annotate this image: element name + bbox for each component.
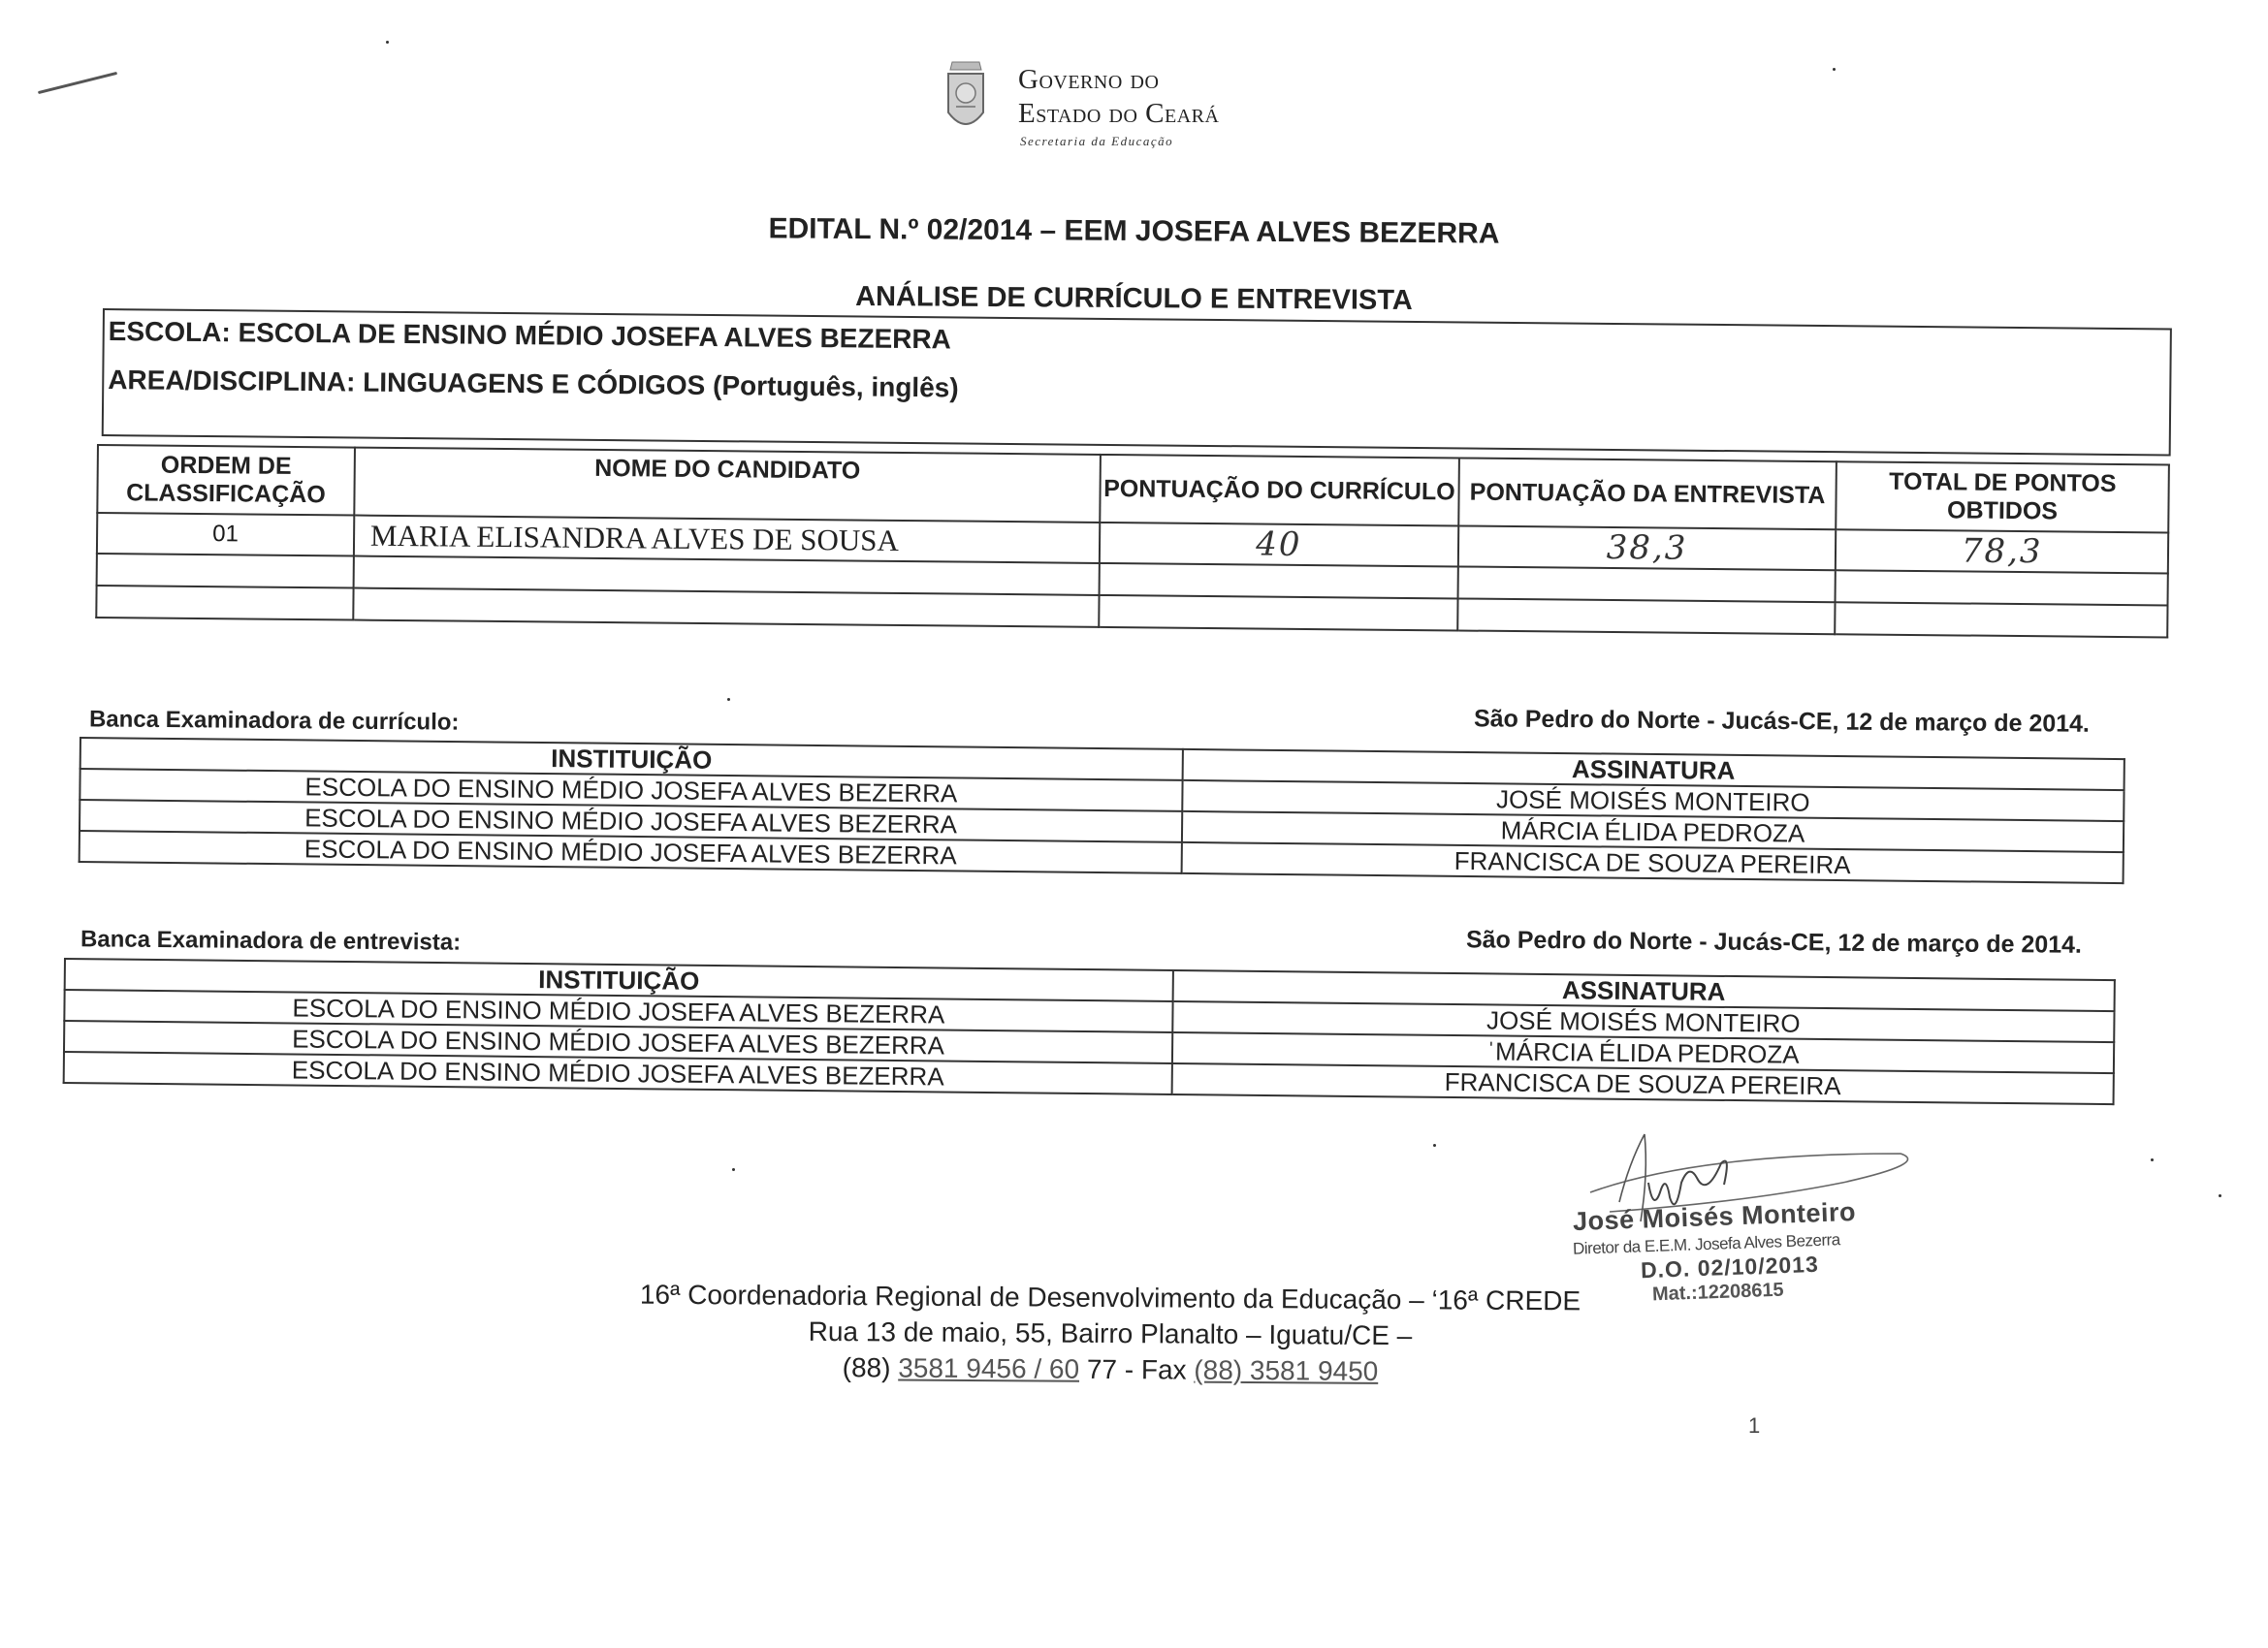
banca-curriculo-label: Banca Examinadora de currículo:	[89, 706, 460, 736]
ordem-cell	[96, 586, 353, 620]
total-score-cell	[1836, 570, 2168, 605]
ordem-cell	[97, 554, 354, 588]
scan-speck	[1433, 1144, 1436, 1147]
candidate-name-cell	[353, 588, 1099, 627]
banca-curriculo-date: São Pedro do Norte - Jucás-CE, 12 de mar…	[1474, 705, 2090, 739]
curriculo-score-cell	[1099, 595, 1457, 631]
scan-speck	[2219, 1194, 2221, 1197]
ordem-cell: 01	[97, 513, 354, 556]
header-nome: NOME DO CANDIDATO	[354, 448, 1101, 523]
stamp-do: D.O. 02/10/2013	[1641, 1252, 1820, 1284]
secretariat-name: Secretaria da Educação	[1020, 134, 1173, 149]
government-name-line1: Governo do	[1018, 64, 1159, 96]
director-stamp: José Moisés Monteiro Diretor da E.E.M. J…	[1551, 1125, 1920, 1309]
discipline-area: AREA/DISCIPLINA: LINGUAGENS E CÓDIGOS (P…	[108, 364, 959, 403]
school-info-box: ESCOLA: ESCOLA DE ENSINO MÉDIO JOSEFA AL…	[102, 308, 2172, 456]
entrevista-score-cell	[1457, 598, 1836, 634]
school-name: ESCOLA: ESCOLA DE ENSINO MÉDIO JOSEFA AL…	[109, 316, 951, 355]
candidate-name-cell: MARIA ELISANDRA ALVES DE SOUSA	[354, 516, 1100, 563]
scan-speck	[386, 41, 389, 44]
banca-curriculo-table: INSTITUIÇÃO ASSINATURA ESCOLA DO ENSINO …	[79, 737, 2125, 884]
government-name-line2: Estado do Ceará	[1018, 98, 1219, 130]
state-coat-of-arms-icon	[942, 58, 989, 138]
header-entrevista: PONTUAÇÃO DA ENTREVISTA	[1458, 458, 1837, 529]
curriculo-score-cell: 40	[1100, 523, 1458, 567]
pen-mark	[38, 72, 117, 94]
curriculo-score-cell	[1100, 563, 1458, 599]
phone-prefix: (88)	[843, 1352, 899, 1382]
header-ordem: ORDEM DE CLASSIFICAÇÃO	[97, 445, 355, 516]
scan-speck	[2151, 1158, 2154, 1161]
banca-entrevista-label: Banca Examinadora de entrevista:	[80, 926, 461, 956]
banca-entrevista-date: São Pedro do Norte - Jucás-CE, 12 de mar…	[1466, 926, 2082, 960]
results-table: ORDEM DE CLASSIFICAÇÃO NOME DO CANDIDATO…	[95, 444, 2170, 639]
page-number: 1	[1748, 1413, 1760, 1439]
fax-number: (88) 3581 9450	[1194, 1355, 1378, 1386]
total-score-cell	[1836, 602, 2168, 637]
phone-mid: 77 - Fax	[1079, 1354, 1194, 1385]
header-total: TOTAL DE PONTOS OBTIDOS	[1837, 461, 2169, 532]
phone-number: 3581 9456 / 60	[898, 1352, 1079, 1383]
banca-entrevista-table: INSTITUIÇÃO ASSINATURA ESCOLA DO ENSINO …	[63, 958, 2116, 1105]
total-score-cell: 78,3	[1836, 529, 2168, 573]
scan-speck	[732, 1168, 735, 1171]
entrevista-score-cell	[1457, 566, 1836, 602]
header-curriculo: PONTUAÇÃO DO CURRÍCULO	[1100, 455, 1458, 526]
entrevista-score-cell: 38,3	[1458, 525, 1837, 570]
edital-title: EDITAL N.º 02/2014 – EEM JOSEFA ALVES BE…	[0, 207, 2268, 256]
scan-speck	[727, 698, 730, 701]
scan-speck	[1833, 68, 1836, 71]
